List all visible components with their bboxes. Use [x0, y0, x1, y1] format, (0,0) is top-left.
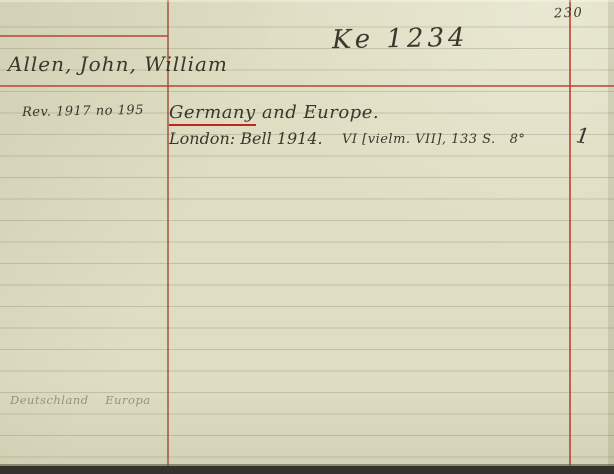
title-line: Germany and Europe.	[169, 102, 379, 123]
card-bottom-edge	[0, 466, 614, 474]
red-rule-below-author	[0, 85, 614, 87]
title-rest: and Europe.	[256, 102, 379, 123]
call-number: Ke 1234	[332, 23, 469, 55]
red-rule-vertical-right	[569, 0, 571, 466]
title-underlined-word: Germany	[169, 102, 256, 126]
imprint: London: Bell 1914.	[169, 129, 323, 148]
page-number: 230	[554, 5, 584, 21]
collation: VI [vielm. VII], 133 S. 8°	[342, 132, 525, 147]
author-heading: Allen, John, William	[8, 52, 228, 76]
card-top-edge	[0, 0, 614, 2]
card-right-edge	[608, 0, 614, 466]
pencil-subject-note: Deutschland Europa	[10, 393, 151, 407]
catalog-card-scan: 230 Ke 1234 Allen, John, William Rev. 19…	[0, 0, 614, 474]
red-rule-header-left	[0, 35, 168, 37]
accession-note: Rev. 1917 no 195	[22, 103, 144, 120]
